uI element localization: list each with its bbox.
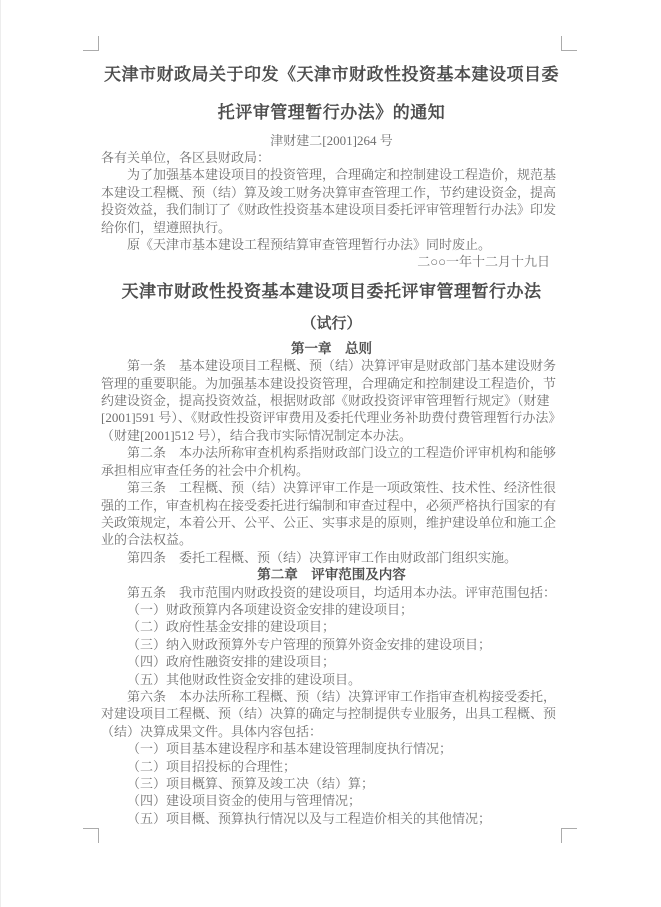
- repeal-paragraph: 原《天津市基本建设工程预结算审查管理暂行办法》同时废止。: [101, 236, 562, 253]
- crop-mark-bottom-right: [561, 828, 577, 843]
- article-5-item-3: （三）纳入财政预算外专户管理的预算外资金安排的建设项目；: [101, 636, 562, 653]
- intro-paragraph: 为了加强基本建设项目的投资管理，合理确定和控制建设工程造价，规范基本建设工程概、…: [101, 166, 562, 236]
- article-4: 第四条 委托工程概、预（结）决算评审工作由财政部门组织实施。: [101, 549, 562, 566]
- article-6-item-4: （四）建设项目资金的使用与管理情况；: [101, 792, 562, 809]
- issue-date: 二○○一年十二月十九日: [101, 253, 562, 270]
- crop-mark-top-left: [83, 36, 99, 51]
- regulation-subtitle: （试行）: [101, 311, 562, 337]
- article-6: 第六条 本办法所称工程概、预（结）决算评审工作指审查机构接受委托，对建设项目工程…: [101, 688, 562, 740]
- article-6-item-1: （一）项目基本建设程序和基本建设管理制度执行情况；: [101, 740, 562, 757]
- page-content: 天津市财政局关于印发《天津市财政性投资基本建设项目委托评审管理暂行办法》的通知 …: [101, 56, 562, 827]
- article-5-item-4: （四）政府性融资安排的建设项目；: [101, 653, 562, 670]
- article-5: 第五条 我市范围内财政投资的建设项目，均适用本办法。评审范围包括：: [101, 584, 562, 601]
- article-5-item-1: （一）财政预算内各项建设资金安排的建设项目；: [101, 601, 562, 618]
- article-6-item-2: （二）项目招投标的合理性；: [101, 758, 562, 775]
- crop-mark-top-right: [561, 36, 577, 51]
- chapter-heading-1: 第一章 总则: [101, 340, 562, 357]
- chapter-heading-2: 第二章 评审范围及内容: [101, 566, 562, 583]
- article-6-item-5: （五）项目概、预算执行情况以及与工程造价相关的其他情况；: [101, 810, 562, 827]
- article-6-item-3: （三）项目概算、预算及竣工决（结）算；: [101, 775, 562, 792]
- notice-title: 天津市财政局关于印发《天津市财政性投资基本建设项目委托评审管理暂行办法》的通知: [101, 56, 562, 132]
- document-page: 天津市财政局关于印发《天津市财政性投资基本建设项目委托评审管理暂行办法》的通知 …: [0, 0, 661, 907]
- article-1: 第一条 基本建设项目工程概、预（结）决算评审是财政部门基本建设财务管理的重要职能…: [101, 357, 562, 444]
- salutation: 各有关单位，各区县财政局：: [101, 149, 562, 166]
- article-3: 第三条 工程概、预（结）决算评审工作是一项政策性、技术性、经济性很强的工作，审查…: [101, 479, 562, 549]
- regulation-title: 天津市财政性投资基本建设项目委托评审管理暂行办法: [101, 278, 562, 305]
- crop-mark-bottom-left: [83, 828, 99, 843]
- document-number: 津财建二[2001]264 号: [101, 132, 562, 149]
- article-5-item-5: （五）其他财政性资金安排的建设项目。: [101, 671, 562, 688]
- article-5-item-2: （二）政府性基金安排的建设项目；: [101, 618, 562, 635]
- article-2: 第二条 本办法所称审查机构系指财政部门设立的工程造价评审机构和能够承担相应审查任…: [101, 444, 562, 479]
